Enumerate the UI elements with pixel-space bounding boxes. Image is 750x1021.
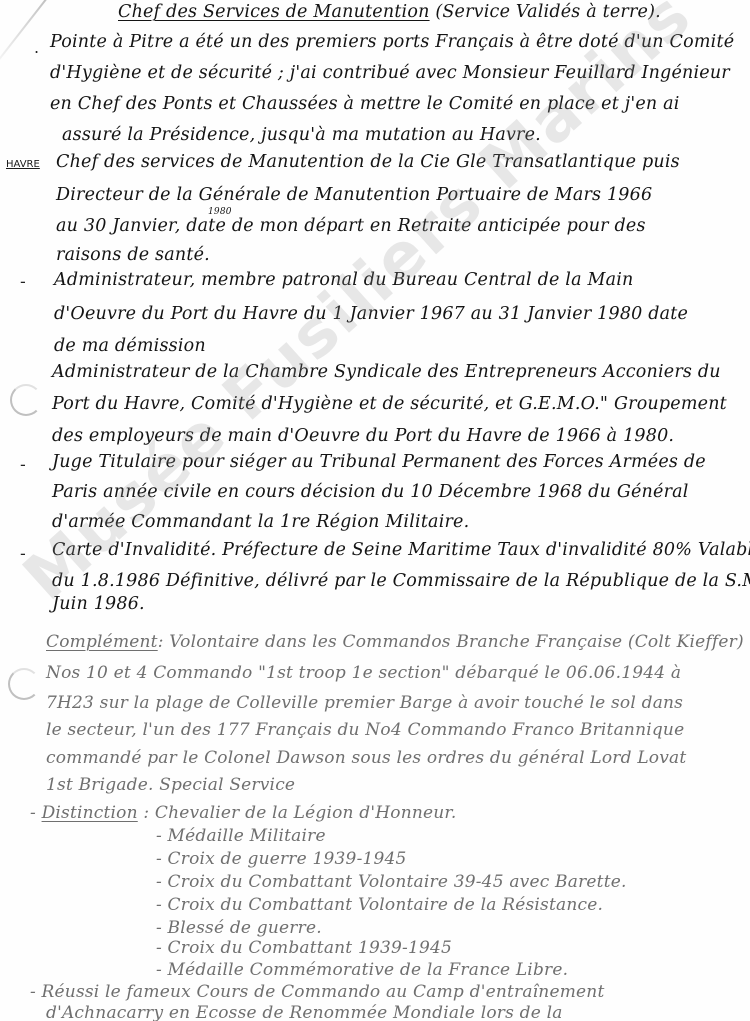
- distinction-item: - Croix de guerre 1939-1945: [156, 849, 407, 869]
- distinction-item: - Croix du Combattant Volontaire de la R…: [156, 895, 603, 915]
- text-line: Pointe à Pitre a été un des premiers por…: [50, 32, 734, 52]
- bullet-dot: .: [34, 38, 39, 57]
- bullet-dot: -: [20, 544, 26, 563]
- margin-note-havre: HAVRE: [6, 159, 40, 170]
- text-line: - Réussi le fameux Cours de Commando au …: [30, 982, 604, 1002]
- text-line: Directeur de la Générale de Manutention …: [56, 185, 652, 205]
- text-line: Paris année civile en cours décision du …: [52, 482, 689, 502]
- text-line: Administrateur de la Chambre Syndicale d…: [52, 362, 721, 382]
- text-line: Administrateur, membre patronal du Burea…: [54, 270, 634, 290]
- bullet-dash: -: [20, 272, 26, 291]
- distinction-item: - Médaille Commémorative de la France Li…: [156, 960, 568, 980]
- distinction-item: Chevalier de la Légion d'Honneur.: [155, 803, 457, 823]
- bullet-dash: -: [20, 455, 26, 474]
- text-line: de ma démission: [54, 336, 206, 356]
- text-line: Nos 10 et 4 Commando "1st troop 1e secti…: [46, 663, 681, 683]
- title-suffix: (Service Validés à terre).: [430, 2, 661, 22]
- distinction-heading-line: - Distinction : Chevalier de la Légion d…: [30, 803, 456, 823]
- text-line: du 1.8.1986 Définitive, délivré par le C…: [52, 571, 750, 591]
- text-line: d'Hygiène et de sécurité ; j'ai contribu…: [50, 63, 730, 83]
- text-line: Carte d'Invalidité. Préfecture de Seine …: [52, 540, 750, 560]
- text-line: d'armée Commandant la 1re Région Militai…: [52, 512, 469, 532]
- distinction-item: - Blessé de guerre.: [156, 918, 322, 938]
- text-line: commandé par le Colonel Dawson sous les …: [46, 748, 686, 768]
- text-line: Port du Havre, Comité d'Hygiène et de sé…: [52, 394, 727, 414]
- text-line: 7H23 sur la plage de Colleville premier …: [46, 693, 683, 713]
- distinction-item: - Croix du Combattant Volontaire 39-45 a…: [156, 872, 627, 892]
- distinction-label: Distinction: [42, 803, 138, 823]
- text-line: Chef des services de Manutention de la C…: [56, 152, 680, 172]
- text-line: raisons de santé.: [56, 245, 210, 265]
- complement-text: : Volontaire dans les Commandos Branche …: [158, 632, 744, 652]
- document-title: Chef des Services de Manutention (Servic…: [118, 2, 661, 22]
- text-line: en Chef des Ponts et Chaussées à mettre …: [50, 94, 680, 114]
- punch-hole-mark: [10, 384, 42, 416]
- distinction-item: - Médaille Militaire: [156, 826, 326, 846]
- text-line: Juin 1986.: [52, 594, 145, 614]
- text-line: des employeurs de main d'Oeuvre du Port …: [52, 426, 674, 446]
- complement-heading-line: Complément: Volontaire dans les Commando…: [46, 632, 744, 652]
- text-line: d'Achnacarry en Ecosse de Renommée Mondi…: [46, 1003, 563, 1021]
- distinction-item: - Croix du Combattant 1939-1945: [156, 938, 452, 958]
- text-line: assuré la Présidence, jusqu'à ma mutatio…: [62, 125, 541, 145]
- title-text: Chef des Services de Manutention: [118, 2, 430, 22]
- complement-label: Complément: [46, 632, 158, 652]
- text-line: 1st Brigade. Special Service: [46, 775, 295, 795]
- text-line: Juge Titulaire pour siéger au Tribunal P…: [52, 452, 706, 472]
- scanned-document-page: Chef des Services de Manutention (Servic…: [0, 0, 750, 1021]
- text-line: le secteur, l'un des 177 Français du No4…: [46, 720, 684, 740]
- text-line: d'Oeuvre du Port du Havre du 1 Janvier 1…: [54, 304, 688, 324]
- text-line: au 30 Janvier, date de mon départ en Ret…: [56, 216, 646, 236]
- punch-hole-mark: [8, 668, 40, 700]
